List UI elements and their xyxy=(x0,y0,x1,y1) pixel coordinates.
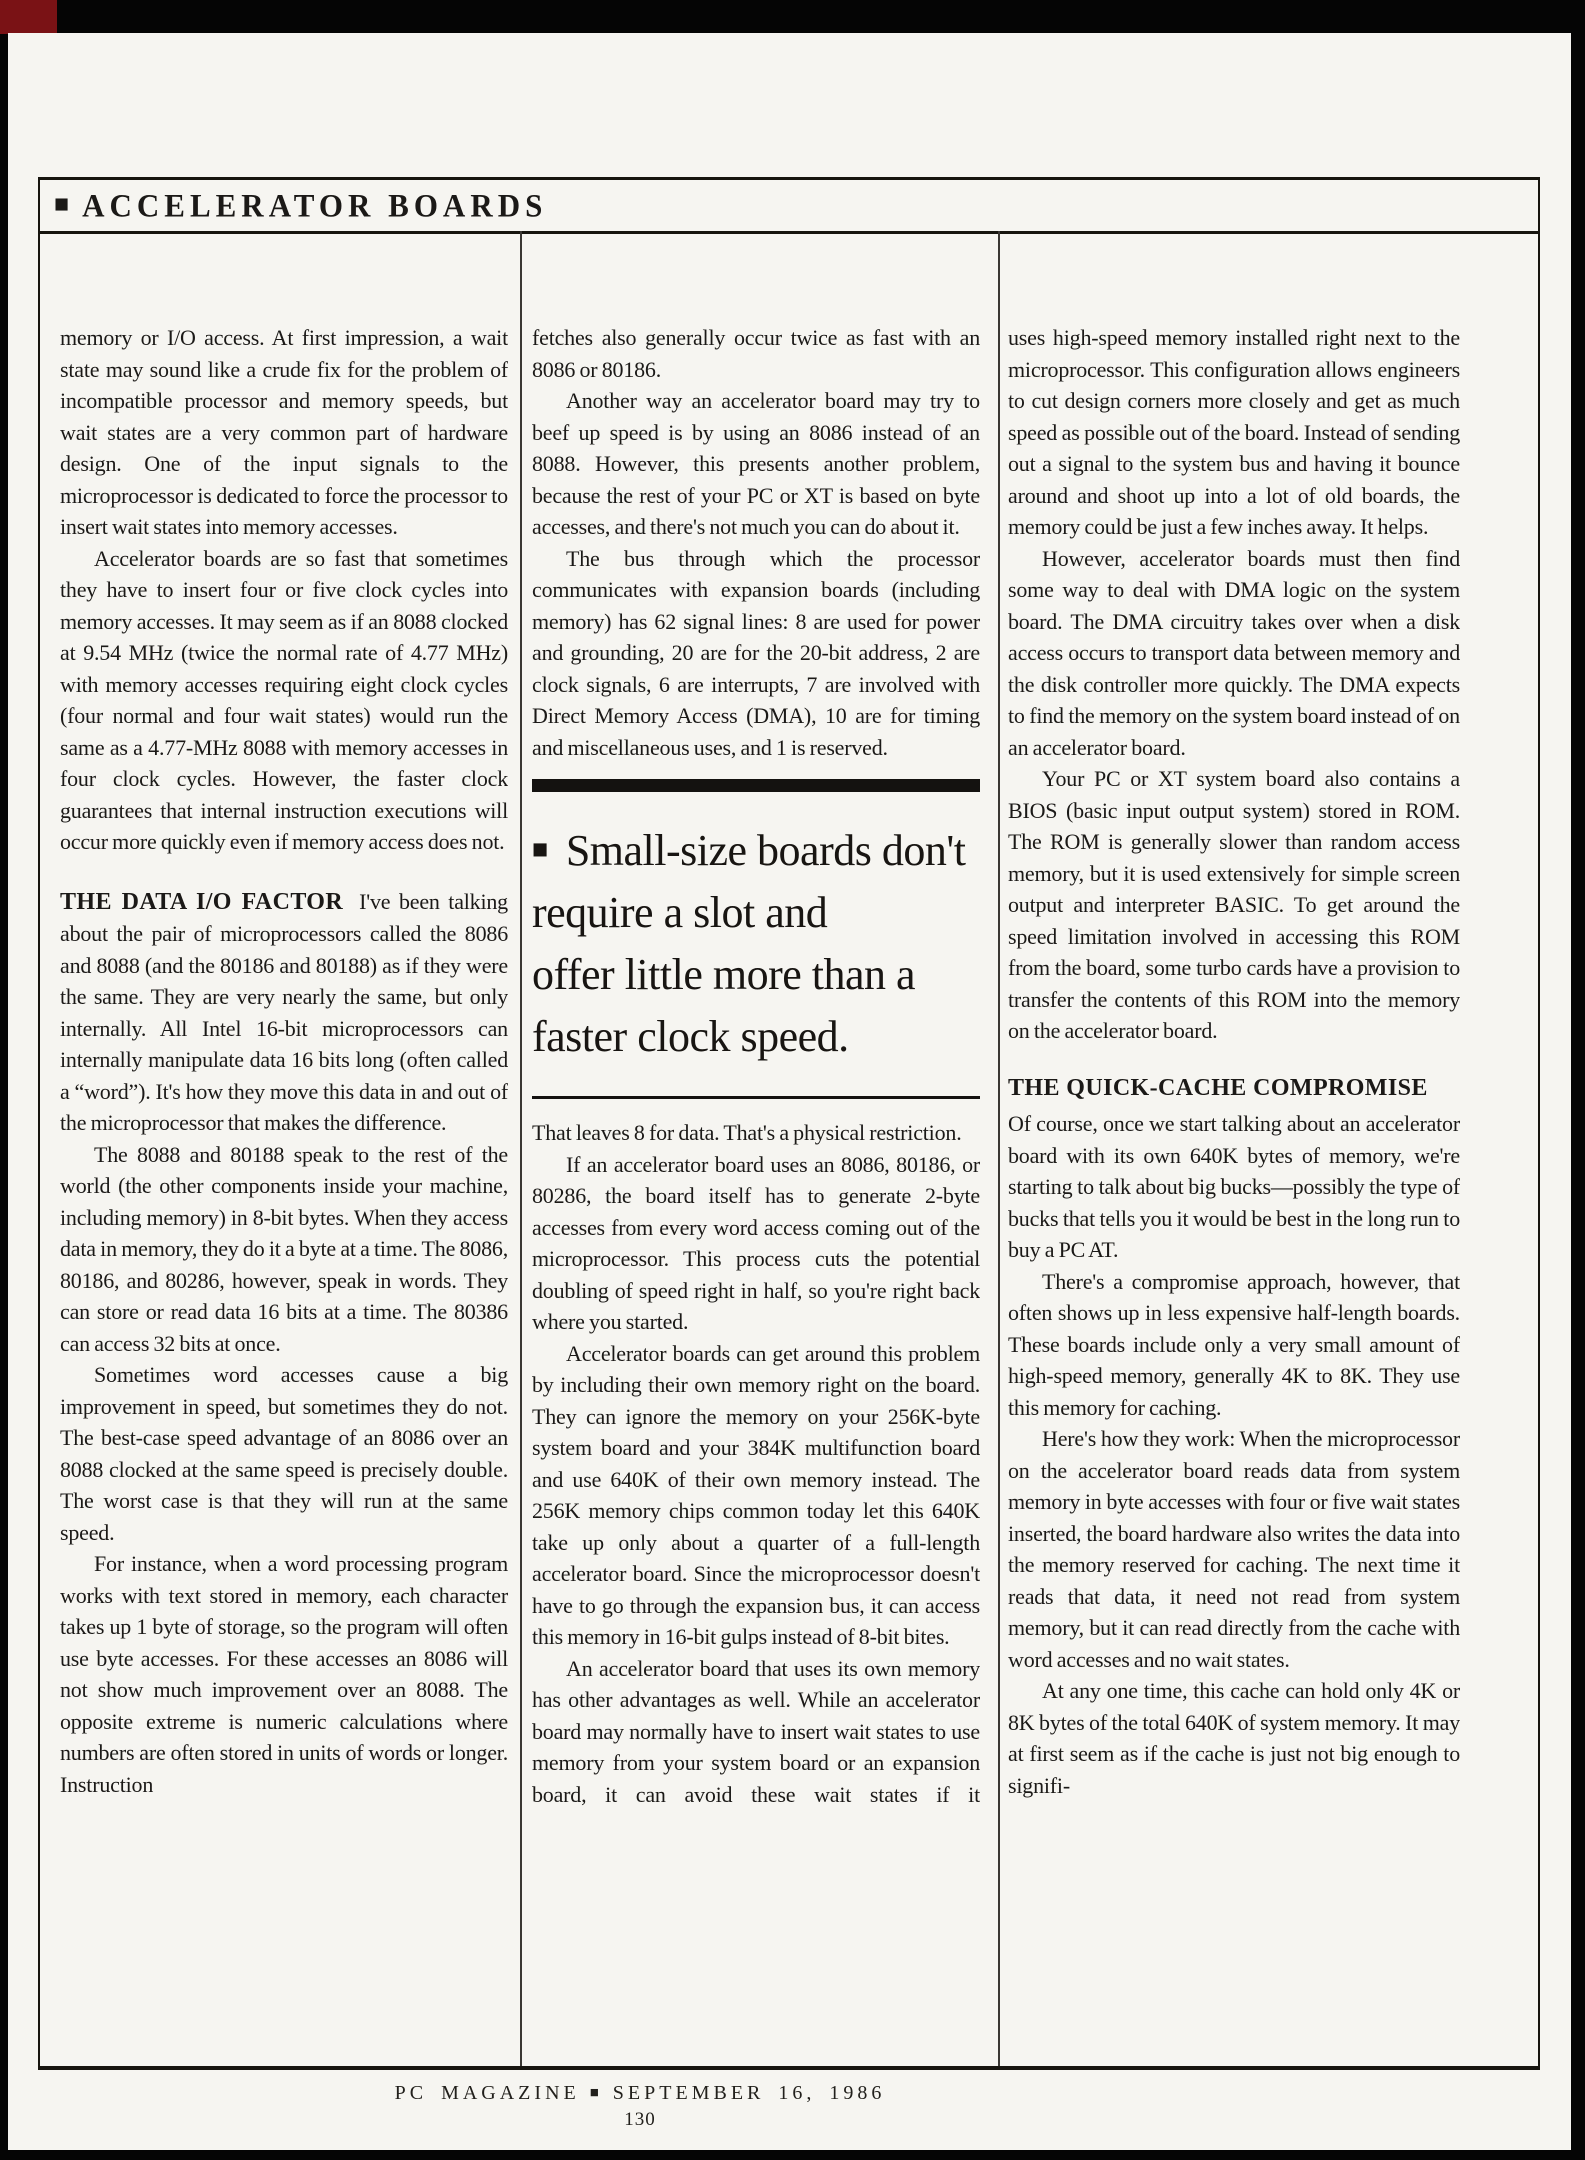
body-paragraph: Sometimes word accesses cause a big impr… xyxy=(60,1359,508,1548)
section-heading: THE DATA I/O FACTOR xyxy=(60,889,343,915)
magazine-page: ■ ACCELERATOR BOARDS memory or I/O acces… xyxy=(8,33,1571,2150)
text-column-2: fetches also generally occur twice as fa… xyxy=(532,322,980,2064)
square-bullet-icon: ■ xyxy=(54,192,69,217)
page-number: 130 xyxy=(8,2109,1272,2131)
section-heading: THE QUICK-CACHE COMPROMISE xyxy=(1008,1073,1460,1105)
pull-quote-bottom-rule xyxy=(532,1096,980,1099)
pull-quote-body: Small-size boards don't require a slot a… xyxy=(532,826,966,1061)
footer-magazine-line: PC MAGAZINE■SEPTEMBER 16, 1986 xyxy=(8,2082,1272,2105)
body-paragraph: An accelerator board that uses its own m… xyxy=(532,1653,980,1811)
body-paragraph: If an accelerator board uses an 8086, 80… xyxy=(532,1149,980,1338)
square-bullet-icon: ■ xyxy=(532,834,548,864)
body-paragraph: At any one time, this cache can hold onl… xyxy=(1008,1675,1460,1801)
article-kicker: ■ ACCELERATOR BOARDS xyxy=(40,180,1538,234)
body-paragraph: Of course, once we start talking about a… xyxy=(1008,1108,1460,1266)
text-column-1: memory or I/O access. At first impressio… xyxy=(60,322,508,2064)
body-text: I've been talking about the pair of micr… xyxy=(60,889,508,1136)
pull-quote: ■Small-size boards don't require a slot … xyxy=(532,779,980,1099)
body-paragraph: There's a compromise approach, however, … xyxy=(1008,1266,1460,1424)
pull-quote-top-rule xyxy=(532,779,980,792)
body-paragraph: For instance, when a word processing pro… xyxy=(60,1548,508,1800)
body-paragraph: That leaves 8 for data. That's a physica… xyxy=(532,1117,980,1149)
issue-date: SEPTEMBER 16, 1986 xyxy=(613,2082,886,2104)
body-paragraph: Your PC or XT system board also contains… xyxy=(1008,763,1460,1047)
body-paragraph: The bus through which the processor comm… xyxy=(532,543,980,764)
article-title: ACCELERATOR BOARDS xyxy=(82,187,547,225)
magazine-name: PC MAGAZINE xyxy=(395,2082,580,2104)
text-column-3: uses high-speed memory installed right n… xyxy=(1008,322,1460,2064)
square-bullet-icon: ■ xyxy=(590,2085,603,2101)
column-divider-rule xyxy=(998,231,1000,2066)
page-footer: PC MAGAZINE■SEPTEMBER 16, 1986 130 xyxy=(8,2082,1272,2131)
body-paragraph: uses high-speed memory installed right n… xyxy=(1008,322,1460,543)
body-paragraph: Another way an accelerator board may try… xyxy=(532,385,980,543)
footer-rule xyxy=(38,2066,1540,2070)
pull-quote-text: ■Small-size boards don't require a slot … xyxy=(532,818,980,1068)
section-paragraph: THE DATA I/O FACTORI've been talking abo… xyxy=(60,886,508,1139)
body-paragraph: However, accelerator boards must then fi… xyxy=(1008,543,1460,764)
body-paragraph: memory or I/O access. At first impressio… xyxy=(60,322,508,543)
body-paragraph: fetches also generally occur twice as fa… xyxy=(532,322,980,385)
body-paragraph: Here's how they work: When the microproc… xyxy=(1008,1423,1460,1675)
body-paragraph: Accelerator boards can get around this p… xyxy=(532,1338,980,1653)
magazine-scan: ■ ACCELERATOR BOARDS memory or I/O acces… xyxy=(0,0,1585,2160)
scan-corner-artifact xyxy=(0,0,57,34)
body-paragraph: The 8088 and 80188 speak to the rest of … xyxy=(60,1139,508,1360)
body-paragraph: Accelerator boards are so fast that some… xyxy=(60,543,508,858)
column-divider-rule xyxy=(520,231,522,2066)
